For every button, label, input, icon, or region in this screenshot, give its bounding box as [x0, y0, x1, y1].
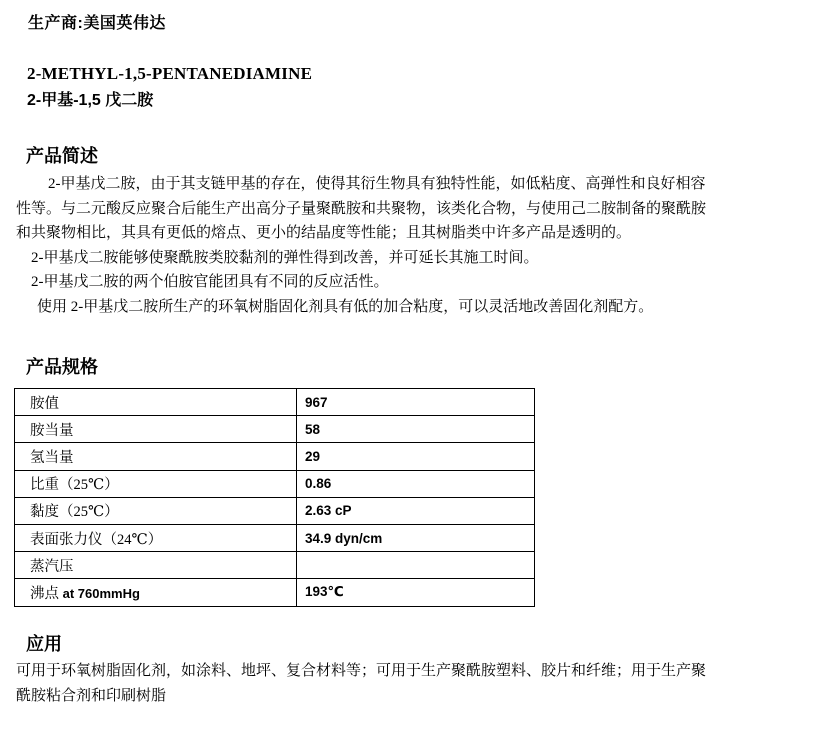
spec-label-text: 比重（25℃）	[30, 477, 119, 493]
document-page: 生产商:美国英伟达 2-METHYL-1,5-PENTANEDIAMINE 2-…	[0, 0, 832, 751]
product-title-chinese: 2-甲基-1,5 戊二胺	[27, 87, 153, 110]
brief-line: 2-甲基戊二胺能够使聚酰胺类胶黏剂的弹性得到改善，并可延长其施工时间。	[16, 246, 824, 271]
spec-row-hydrogen-equivalent: 氢当量 29	[15, 443, 535, 470]
spec-label-text: 表面张力仪（24℃）	[30, 532, 162, 548]
spec-row-surface-tension: 表面张力仪（24℃） 34.9 dyn/cm	[15, 524, 535, 551]
spec-label-text: 氢当量	[30, 450, 74, 466]
spec-value: 29	[297, 443, 535, 470]
application-paragraph: 可用于环氧树脂固化剂，如涂料、地坪、复合材料等；可用于生产聚酰胺塑料、胶片和纤维…	[16, 659, 824, 708]
spec-label: 胺当量	[15, 416, 297, 443]
spec-label-text: 蒸汽压	[30, 559, 74, 575]
spec-row-amine-value: 胺值 967	[15, 389, 535, 416]
application-line: 酰胺粘合剂和印刷树脂	[16, 684, 824, 709]
brief-line: 2-甲基戊二胺的两个伯胺官能团具有不同的反应活性。	[16, 270, 824, 295]
spec-value: 34.9 dyn/cm	[297, 524, 535, 551]
spec-label: 蒸汽压	[15, 552, 297, 579]
spec-label-text: 黏度（25℃）	[30, 504, 119, 520]
spec-label-text: 沸点	[30, 586, 59, 602]
spec-row-amine-equivalent: 胺当量 58	[15, 416, 535, 443]
spec-label-text: 胺值	[30, 396, 59, 412]
product-title-english: 2-METHYL-1,5-PENTANEDIAMINE	[27, 64, 312, 84]
spec-label: 黏度（25℃）	[15, 497, 297, 524]
section-heading-application: 应用	[26, 630, 62, 656]
spec-row-specific-gravity: 比重（25℃） 0.86	[15, 470, 535, 497]
spec-table-body: 胺值 967 胺当量 58 氢当量 29 比重（25℃） 0.86 黏度（25℃…	[15, 389, 535, 607]
spec-value: 967	[297, 389, 535, 416]
spec-value: 58	[297, 416, 535, 443]
brief-line: 使用 2-甲基戊二胺所生产的环氧树脂固化剂具有低的加合粘度，可以灵活地改善固化剂…	[16, 295, 824, 320]
spec-table: 胺值 967 胺当量 58 氢当量 29 比重（25℃） 0.86 黏度（25℃…	[14, 388, 535, 607]
manufacturer-line: 生产商:美国英伟达	[28, 10, 166, 33]
spec-value: 2.63 cP	[297, 497, 535, 524]
spec-label: 氢当量	[15, 443, 297, 470]
section-heading-product-specs: 产品规格	[26, 353, 98, 379]
spec-label: 表面张力仪（24℃）	[15, 524, 297, 551]
product-brief-paragraph: 2-甲基戊二胺，由于其支链甲基的存在，使得其衍生物具有独特性能，如低粘度、高弹性…	[16, 172, 824, 319]
spec-value	[297, 552, 535, 579]
brief-line: 和共聚物相比，其具有更低的熔点、更小的结晶度等性能；且其树脂类中许多产品是透明的…	[16, 221, 824, 246]
section-heading-product-brief: 产品简述	[26, 142, 98, 168]
spec-label: 胺值	[15, 389, 297, 416]
spec-value: 193℃	[297, 579, 535, 606]
spec-label: 比重（25℃）	[15, 470, 297, 497]
spec-row-boiling-point: 沸点 at 760mmHg 193℃	[15, 579, 535, 606]
spec-label: 沸点 at 760mmHg	[15, 579, 297, 606]
spec-row-vapor-pressure: 蒸汽压	[15, 552, 535, 579]
application-line: 可用于环氧树脂固化剂，如涂料、地坪、复合材料等；可用于生产聚酰胺塑料、胶片和纤维…	[16, 659, 824, 684]
spec-value: 0.86	[297, 470, 535, 497]
spec-label-text: 胺当量	[30, 423, 74, 439]
brief-line: 性等。与二元酸反应聚合后能生产出高分子量聚酰胺和共聚物，该类化合物，与使用己二胺…	[16, 197, 824, 222]
brief-line: 2-甲基戊二胺，由于其支链甲基的存在，使得其衍生物具有独特性能，如低粘度、高弹性…	[16, 172, 824, 197]
spec-row-viscosity: 黏度（25℃） 2.63 cP	[15, 497, 535, 524]
spec-label-suffix: at 760mmHg	[59, 586, 140, 601]
